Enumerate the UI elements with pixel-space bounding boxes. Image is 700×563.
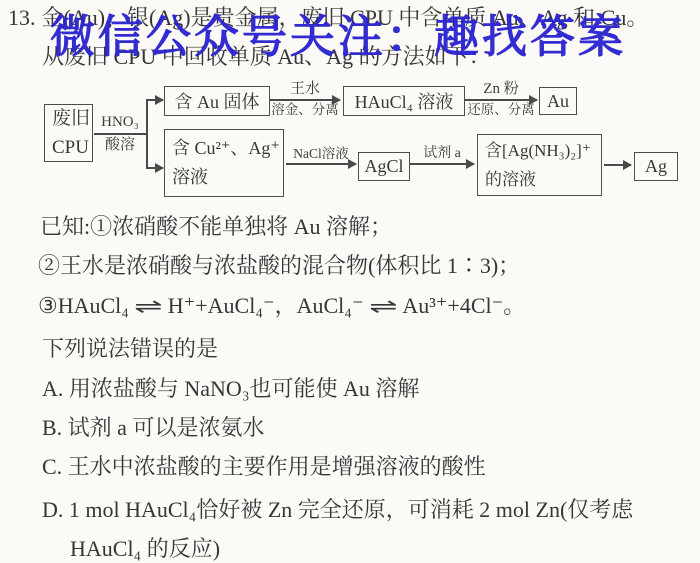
option-d-line1: D. 1 mol HAuCl₄恰好被 Zn 完全还原，可消耗 2 mol Zn(… bbox=[42, 497, 633, 523]
zn-label-bottom: 还原、分离 bbox=[466, 102, 536, 118]
waste-cpu-line2: CPU bbox=[52, 133, 89, 162]
arrow-to-cu-ag bbox=[146, 167, 163, 169]
zn-label-top: Zn 粉 bbox=[470, 81, 532, 97]
option-c: C. 王水中浓盐酸的主要作用是增强溶液的酸性 bbox=[42, 454, 486, 480]
flow-box-ag: Ag bbox=[634, 152, 678, 181]
ag-ammine-line2: 的溶液 bbox=[485, 165, 536, 194]
equilibrium-arrow-2: ⇌ bbox=[369, 293, 398, 319]
reagent-a-label: 试剂 a bbox=[412, 146, 472, 162]
fact3-part3: Au³⁺+4Cl⁻。 bbox=[402, 293, 525, 318]
fact3-part2: H⁺+AuCl₄⁻，AuCl₄⁻ bbox=[168, 293, 364, 318]
known-fact-1: 已知:①浓硝酸不能单独将 Au 溶解； bbox=[40, 214, 392, 240]
flow-box-cu-ag: 含 Cu²⁺、Ag⁺ 溶液 bbox=[164, 129, 284, 197]
option-b: B. 试剂 a 可以是浓氨水 bbox=[42, 415, 264, 441]
flow-box-au: Au bbox=[539, 87, 577, 115]
known-fact-2: ②王水是浓硝酸与浓盐酸的混合物(体积比 1∶3)； bbox=[38, 253, 520, 279]
equilibrium-arrow-1: ⇌ bbox=[134, 293, 163, 319]
option-a: A. 用浓盐酸与 NaNO₃也可能使 Au 溶解 bbox=[42, 376, 419, 402]
known-fact-3: ③HAuCl₄⇌H⁺+AuCl₄⁻，AuCl₄⁻⇌Au³⁺+4Cl⁻。 bbox=[38, 293, 525, 319]
flow-box-ag-ammine: 含[Ag(NH₃)₂]⁺ 的溶液 bbox=[477, 134, 602, 196]
waste-cpu-line1: 废旧 bbox=[52, 104, 90, 133]
aqua-regia-label-bottom: 溶金、分离 bbox=[268, 102, 342, 118]
nacl-label: NaCl溶液 bbox=[286, 146, 356, 162]
cu-ag-line1: 含 Cu²⁺、Ag⁺ bbox=[172, 134, 280, 163]
watermark-text: 微信公众号关注：趣找答案 bbox=[50, 14, 690, 60]
question-stem: 下列说法错误的是 bbox=[42, 336, 218, 362]
aqua-regia-label-top: 王水 bbox=[274, 81, 336, 97]
hno3-label: HNO₃ bbox=[94, 114, 146, 130]
arrow-reagent-a bbox=[410, 163, 474, 165]
flow-box-agcl: AgCl bbox=[358, 152, 410, 181]
ag-ammine-line1: 含[Ag(NH₃)₂]⁺ bbox=[485, 136, 591, 165]
option-d-line2: HAuCl₄ 的反应) bbox=[70, 536, 220, 562]
arrow-nacl bbox=[286, 163, 356, 165]
hno3-line bbox=[94, 133, 147, 135]
branch-vline bbox=[146, 99, 148, 168]
arrow-aqua-regia bbox=[270, 99, 340, 101]
cu-ag-line2: 溶液 bbox=[172, 163, 208, 192]
exam-page: 13.金(Au)、银(Ag)是贵金属，废旧 CPU 中含单质 Au、Ag 和 C… bbox=[0, 0, 700, 563]
arrow-zn bbox=[465, 99, 537, 101]
flow-box-au-solid: 含 Au 固体 bbox=[164, 86, 270, 116]
suanrong-label: 酸溶 bbox=[97, 137, 143, 153]
arrow-to-au-solid bbox=[146, 99, 163, 101]
flow-box-haucl4: HAuCl₄ 溶液 bbox=[343, 86, 465, 116]
arrow-to-ag bbox=[604, 164, 631, 166]
fact3-part1: ③HAuCl₄ bbox=[38, 293, 129, 318]
flow-box-waste-cpu: 废旧 CPU bbox=[44, 104, 93, 162]
